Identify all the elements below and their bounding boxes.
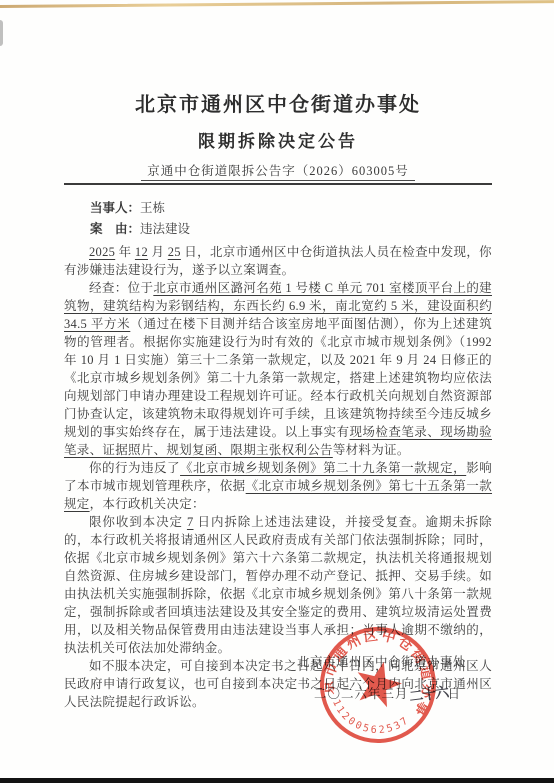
scan-left-edge-artifact [0,20,3,46]
body-text: 月 [148,245,168,259]
case-label: 案 由： [90,222,140,236]
org-title: 北京市通州区中仓街道办事处 [64,88,492,117]
underlined-text: 《北京市城乡规划条例》第二十九条第一款规定， [180,461,466,475]
case-value: 违法建设 [140,222,190,236]
meta-block: 当事人：王栋 案 由：违法建设 [90,198,492,240]
underlined-text: 25 [168,245,181,259]
party-name: 王栋 [140,201,165,215]
party-line: 当事人：王栋 [90,198,492,219]
body-text: （通过在楼下目测并结合该室房地平面图估测），你为上述建筑物的管理者。根据你实施建… [64,317,492,439]
ref-number: 京通中仓街道限拆公告字（2026）603005号 [141,161,415,181]
body-text: 等材料为证。 [333,443,410,457]
underlined-text: 2025 [89,245,115,259]
document-content: 北京市通州区中仓街道办事处 限期拆除决定公告 京通中仓街道限拆公告字（2026）… [0,0,554,711]
scanned-document-page: 北京市通州区中仓街道办事处 限期拆除决定公告 京通中仓街道限拆公告字（2026）… [0,0,554,783]
doc-title: 限期拆除决定公告 [64,127,492,152]
scan-bottom-edge-artifact [0,778,554,783]
paragraph: 2025 年 12 月 25 日，北京市通州区中仓街道执法人员在检查中发现，你有… [64,243,492,279]
seal-star-icon [351,656,406,709]
paragraph: 你的行为违反了《北京市城乡规划条例》第二十九条第一款规定，影响了本市城市规划管理… [64,459,492,513]
header-rule [64,183,492,185]
body-text: 年 [115,245,135,259]
body-text: 经查：位于 [89,281,153,295]
body-text: 限你收到本决定 [89,515,187,529]
ref-row: 京通中仓街道限拆公告字（2026）603005号 [64,161,492,181]
case-line: 案 由：违法建设 [90,219,492,240]
underlined-text: 12 [135,245,148,259]
party-label: 当事人： [90,201,140,215]
body-text: ，本行政机关决定： [90,497,205,511]
body-text: 你的行为违反了 [89,461,180,475]
paragraph: 经查：位于北京市通州区潞河名苑 1 号楼 C 单元 701 室楼顶平台上的建筑物… [64,279,492,459]
